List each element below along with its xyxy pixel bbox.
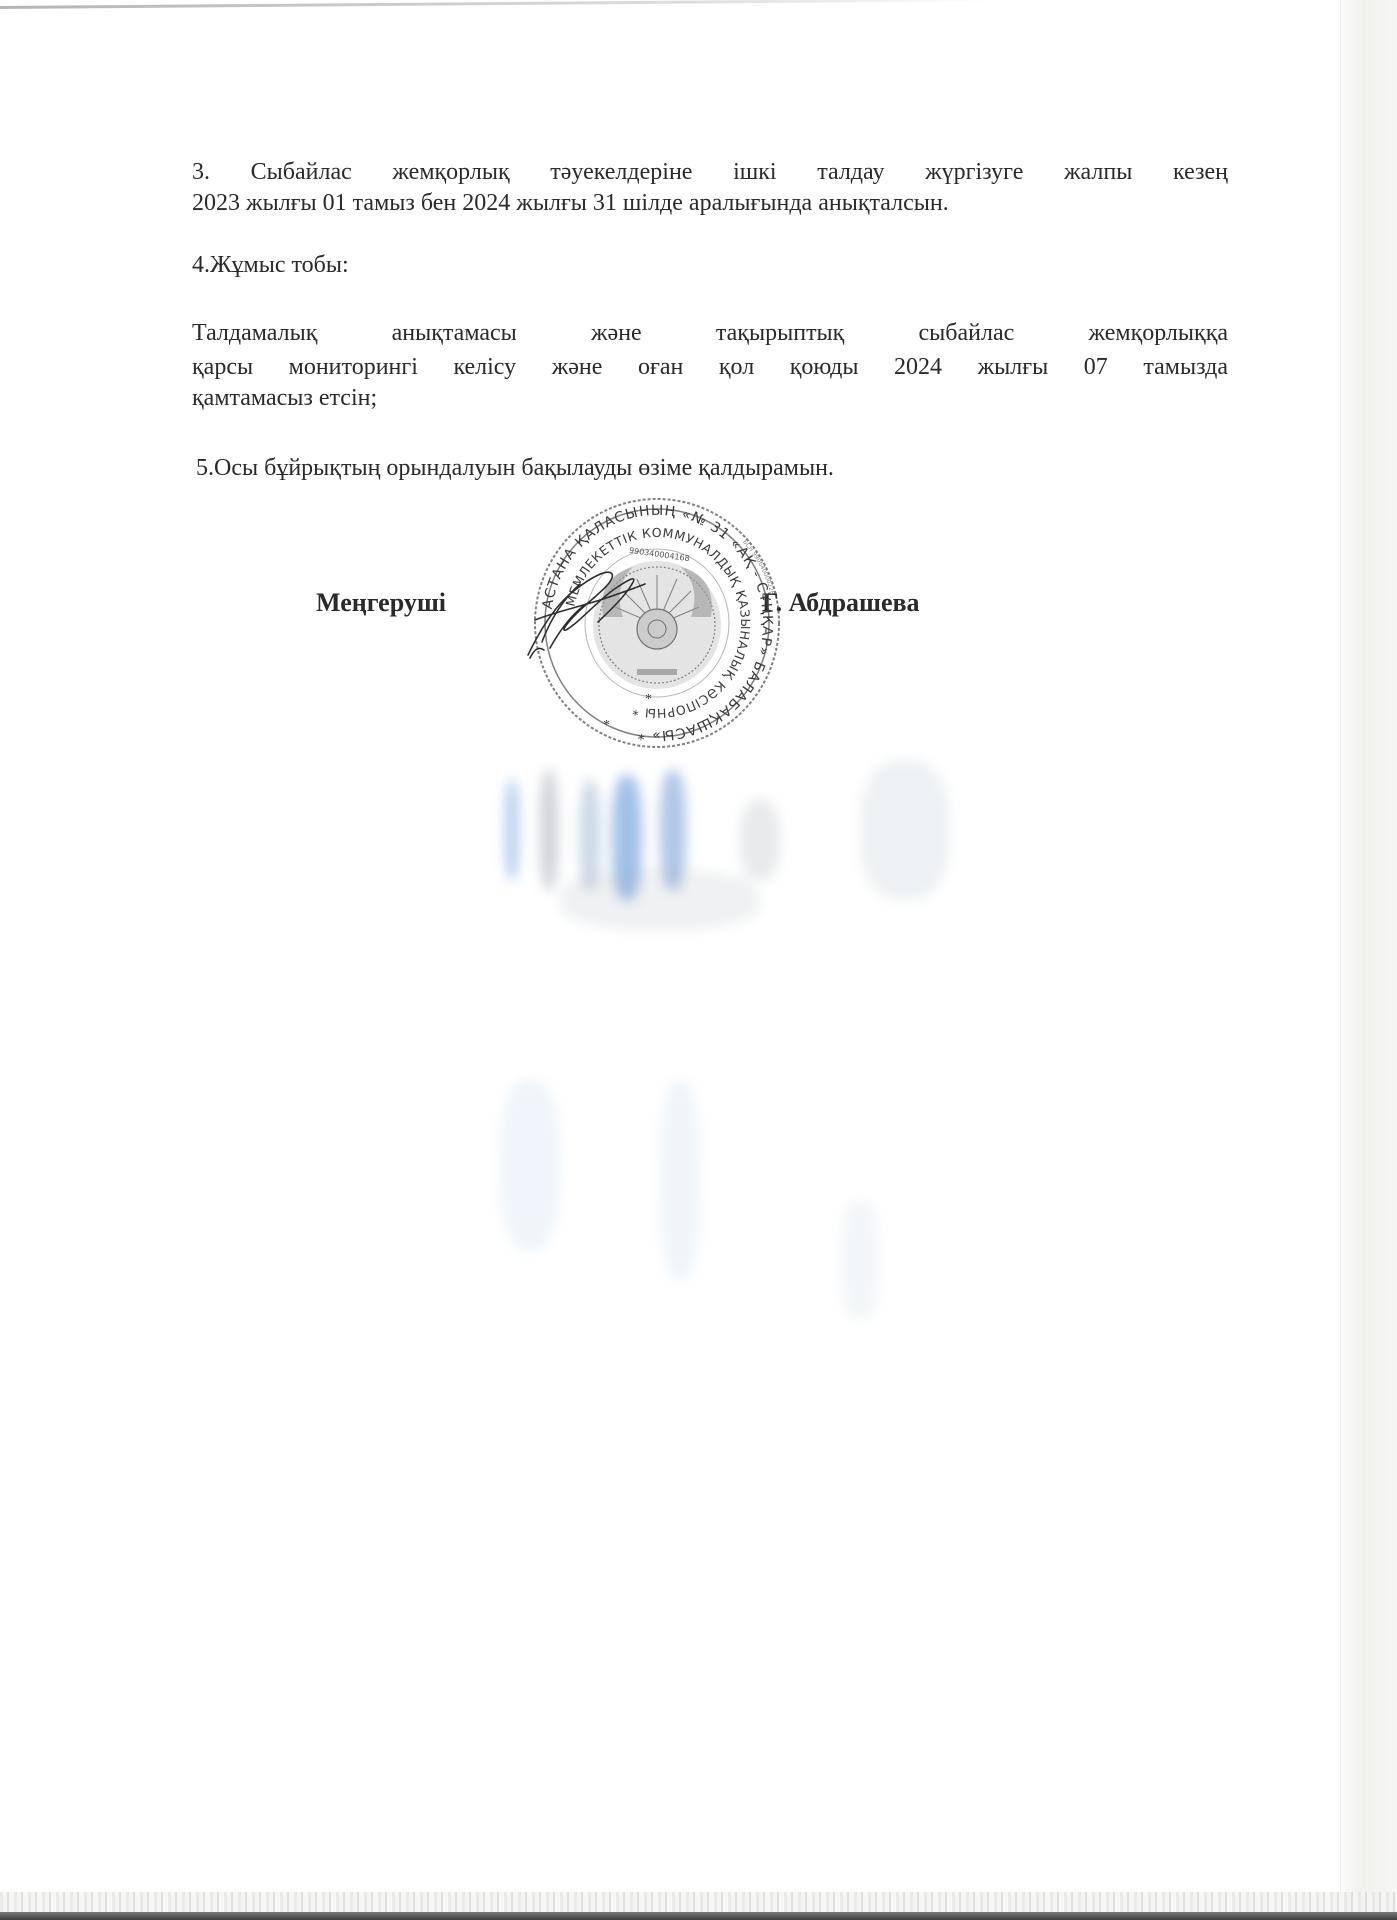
signatory-name: Г. Абдрашева (762, 588, 920, 618)
scan-top-edge-line (0, 0, 1000, 9)
handwritten-signature-icon (520, 560, 660, 670)
paragraph-4-line-3: қамтамасыз етсін; (192, 383, 377, 414)
paragraph-3-line-1: 3. Сыбайлас жемқорлық тәуекелдеріне ішкі… (192, 157, 1228, 188)
scan-right-edge-strip (1340, 0, 1397, 1920)
paragraph-3-line-2: 2023 жылғы 01 тамыз бен 2024 жылғы 31 ші… (192, 188, 949, 219)
scan-bottom-band (0, 1892, 1397, 1912)
paragraph-4-line-2: қарсы мониторингі келісу және оған қол қ… (192, 352, 1228, 383)
scan-bottom-edge (0, 1912, 1397, 1920)
paragraph-5: 5.Осы бұйрықтың орындалуын бақылауды өзі… (196, 453, 834, 484)
svg-text:*: * (645, 692, 652, 707)
paragraph-4-heading: 4.Жұмыс тобы: (192, 250, 349, 281)
svg-text:*: * (603, 718, 610, 733)
signatory-title: Меңгеруші (316, 588, 446, 618)
paragraph-4-line-1: Талдамалық анықтамасы және тақырыптық сы… (192, 318, 1228, 349)
